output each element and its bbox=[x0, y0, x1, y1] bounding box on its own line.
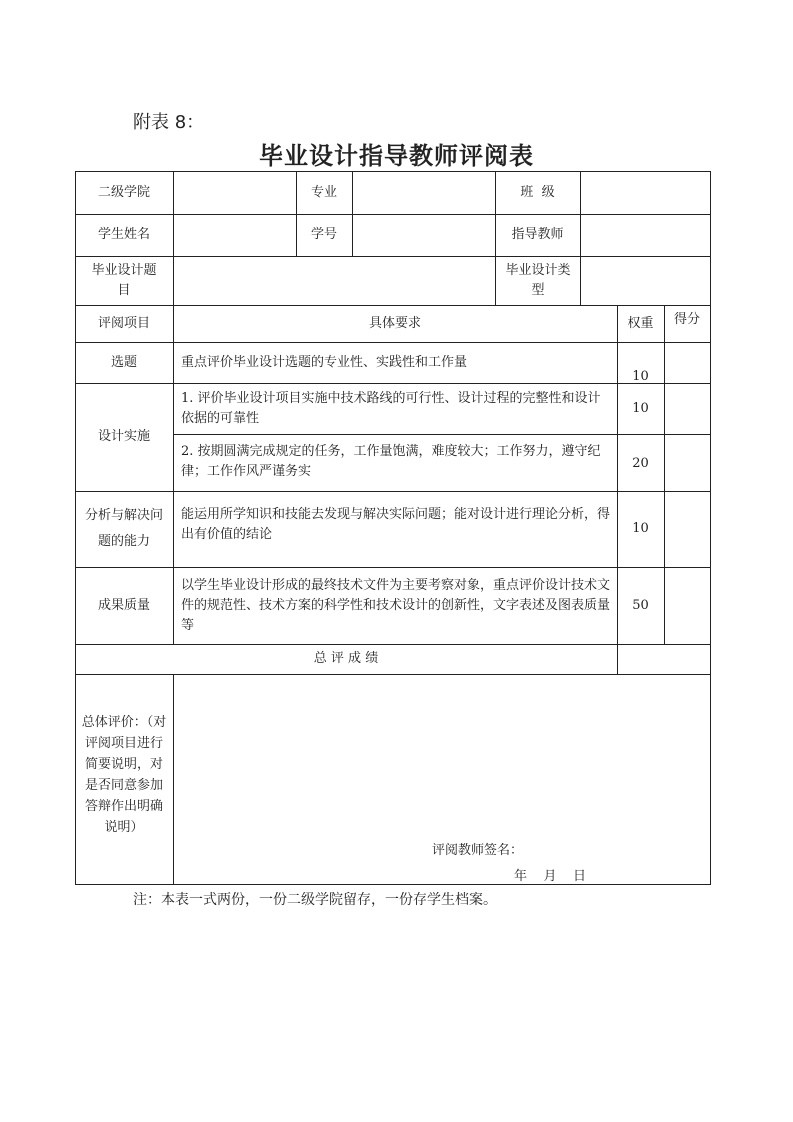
score-quality[interactable] bbox=[664, 567, 710, 644]
form-page: 附表 8： 毕业设计指导教师评阅表 二级学院 专业 班 级 学生姓名 学号 指导… bbox=[0, 0, 793, 1122]
header-item: 评阅项目 bbox=[75, 305, 173, 342]
student-name-field[interactable] bbox=[173, 214, 296, 256]
weight-topic: 10 bbox=[617, 342, 664, 387]
class-label: 班 级 bbox=[495, 171, 580, 214]
advisor-field[interactable] bbox=[580, 214, 710, 256]
topic-label: 毕业设计题目 bbox=[88, 256, 160, 305]
score-analysis[interactable] bbox=[664, 491, 710, 567]
student-id-label: 学号 bbox=[296, 214, 352, 256]
overall-evaluation-label: 总体评价：（对评阅项目进行简要说明，对是否同意参加答辩作出明确说明） bbox=[80, 700, 168, 850]
requirement-implementation-1: 1. 评价毕业设计项目实施中技术路线的可行性、设计过程的完整性和设计依据的可靠性 bbox=[173, 383, 617, 434]
header-weight: 权重 bbox=[617, 305, 664, 342]
score-topic[interactable] bbox=[664, 342, 710, 383]
total-score-field[interactable] bbox=[617, 644, 710, 674]
item-topic: 选题 bbox=[75, 342, 173, 383]
total-score-label: 总 评 成 绩 bbox=[75, 644, 617, 674]
weight-implementation-1: 10 bbox=[617, 383, 664, 434]
item-quality: 成果质量 bbox=[75, 567, 173, 644]
major-field[interactable] bbox=[352, 171, 495, 214]
type-field[interactable] bbox=[580, 256, 710, 305]
item-implementation: 设计实施 bbox=[75, 383, 173, 491]
item-analysis: 分析与解决问题的能力 bbox=[84, 491, 164, 567]
student-id-field[interactable] bbox=[352, 214, 495, 256]
weight-analysis: 10 bbox=[617, 491, 664, 567]
topic-field[interactable] bbox=[173, 256, 495, 305]
overall-evaluation-field[interactable] bbox=[173, 674, 710, 834]
date-label: 年 月 日 bbox=[514, 865, 586, 884]
requirement-implementation-2: 2. 按期圆满完成规定的任务，工作量饱满，难度较大；工作努力，遵守纪律；工作作风… bbox=[173, 434, 617, 486]
class-field[interactable] bbox=[580, 171, 710, 214]
signature-label: 评阅教师签名： bbox=[432, 839, 523, 858]
type-label: 毕业设计类型 bbox=[500, 256, 576, 305]
page-title: 毕业设计指导教师评阅表 bbox=[0, 136, 793, 171]
requirement-topic: 重点评价毕业设计选题的专业性、实践性和工作量 bbox=[173, 342, 617, 383]
student-name-label: 学生姓名 bbox=[75, 214, 173, 256]
annex-label: 附表 8： bbox=[133, 108, 204, 134]
header-requirement: 具体要求 bbox=[173, 305, 617, 342]
weight-implementation-2: 20 bbox=[617, 434, 664, 494]
weight-quality: 50 bbox=[617, 567, 664, 644]
major-label: 专业 bbox=[296, 171, 352, 214]
advisor-label: 指导教师 bbox=[495, 214, 580, 256]
college-field[interactable] bbox=[173, 171, 296, 214]
college-label: 二级学院 bbox=[75, 171, 173, 214]
requirement-quality: 以学生毕业设计形成的最终技术文件为主要考察对象，重点评价设计技术文件的规范性、技… bbox=[173, 567, 617, 644]
requirement-analysis: 能运用所学知识和技能去发现与解决实际问题；能对设计进行理论分析，得出有价值的结论 bbox=[173, 491, 617, 559]
score-implementation-1[interactable] bbox=[664, 383, 710, 434]
score-implementation-2[interactable] bbox=[664, 434, 710, 491]
header-score: 得分 bbox=[664, 305, 710, 335]
footer-note: 注：本表一式两份，一份二级学院留存，一份存学生档案。 bbox=[133, 889, 497, 909]
